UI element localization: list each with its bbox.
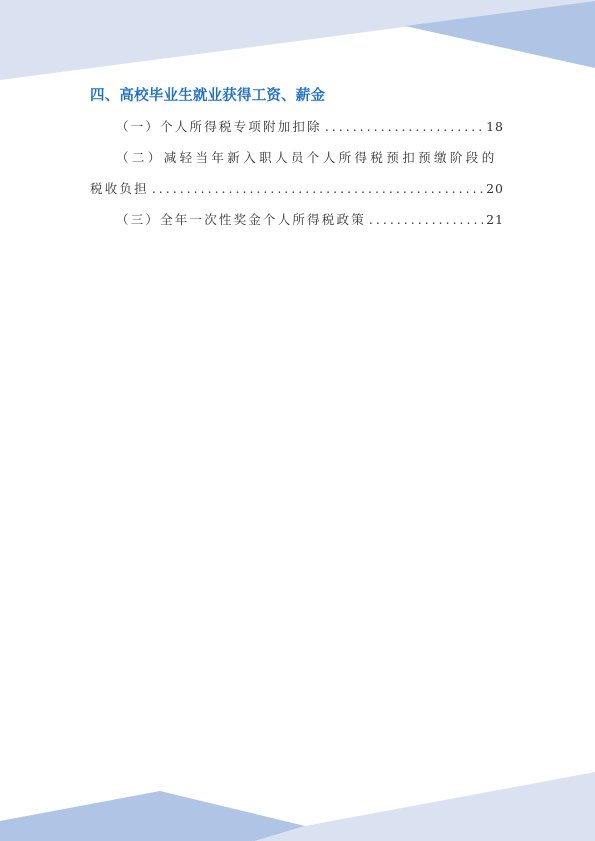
toc-entry-continuation[interactable]: 税收负担 20 bbox=[90, 179, 504, 197]
toc-entry-page: 18 bbox=[486, 119, 504, 134]
toc-entry-label: （三）全年一次性奖金个人所得税政策 bbox=[116, 210, 366, 228]
leader-dots bbox=[152, 181, 483, 196]
footer-band-light bbox=[255, 772, 595, 841]
toc-entry-page: 21 bbox=[486, 212, 504, 227]
toc-entry-label: 税收负担 bbox=[90, 179, 149, 197]
toc-entry[interactable]: （一）个人所得税专项附加扣除 18 bbox=[116, 117, 504, 135]
toc-entry-label: （二）减轻当年新入职人员个人所得税预扣预缴阶段的 bbox=[116, 148, 498, 166]
footer-decoration bbox=[0, 760, 595, 841]
footer-band-dark bbox=[0, 791, 305, 841]
toc-entry[interactable]: （三）全年一次性奖金个人所得税政策 21 bbox=[116, 210, 504, 228]
header-decoration bbox=[0, 0, 595, 90]
toc-entry-page: 20 bbox=[486, 181, 504, 196]
leader-dots bbox=[325, 119, 483, 134]
toc-entry[interactable]: （二）减轻当年新入职人员个人所得税预扣预缴阶段的 bbox=[116, 148, 504, 166]
leader-dots bbox=[369, 212, 483, 227]
toc-entry-label: （一）个人所得税专项附加扣除 bbox=[116, 117, 322, 135]
section-heading: 四、高校毕业生就业获得工资、薪金 bbox=[90, 84, 325, 105]
